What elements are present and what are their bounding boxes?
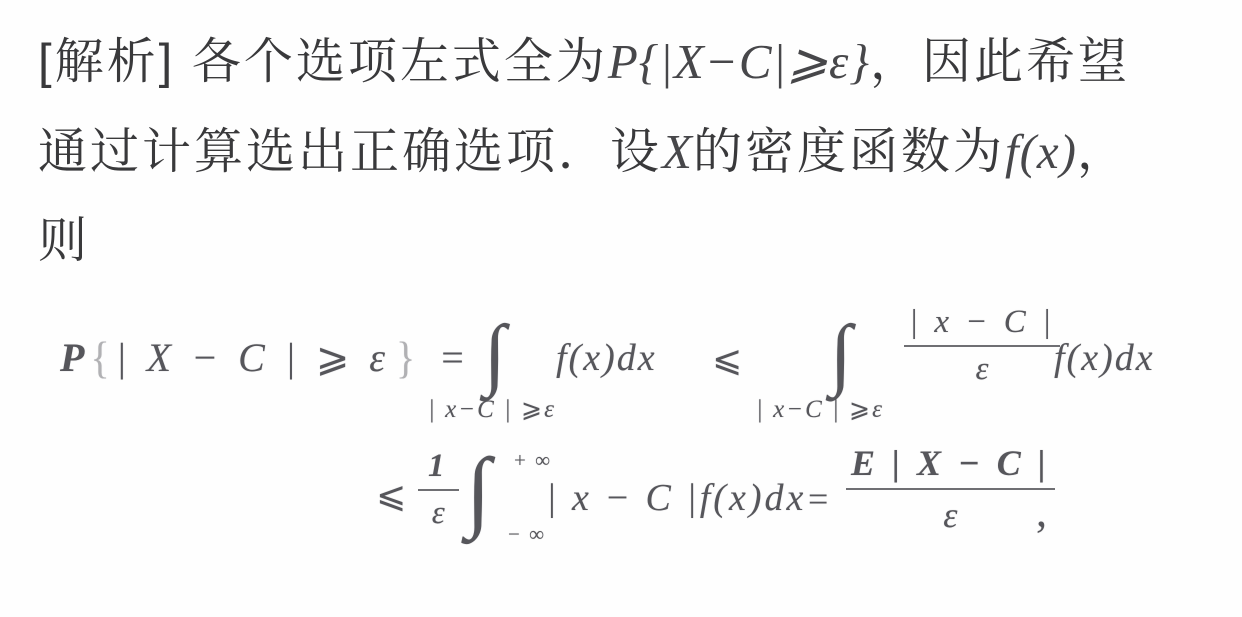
integrand-2: f(x)dx — [1054, 336, 1155, 380]
fraction-1-numerator: | x − C | — [904, 304, 1060, 347]
equals-sign-1: = — [441, 334, 464, 381]
integral-sign-1: ∫ — [484, 314, 506, 394]
symbol-P: P — [60, 334, 84, 381]
equals-sign-2: = — [808, 478, 828, 520]
trailing-comma: , — [1036, 486, 1047, 537]
display-formula: P { | X − C | ⩾ ε } = ∫ | x−C | ⩾ε f(x)d… — [0, 0, 1242, 617]
right-brace: } — [396, 331, 415, 384]
scanned-solution-page: [解析] 各个选项左式全为P{|X−C|⩾ε}，因此希望 通过计算选出正确选项．… — [0, 0, 1242, 617]
integral-3-upper-limit: + ∞ — [514, 448, 552, 473]
fraction-2-denominator: ε — [418, 491, 459, 532]
integrand-1: f(x)dx — [556, 336, 657, 380]
fraction-abs-x-minus-c-over-epsilon: | x − C | ε — [904, 304, 1060, 388]
integral-sign-2: ∫ — [830, 314, 852, 394]
lhs-event-body: | X − C | ⩾ ε — [116, 334, 390, 381]
fraction-2-numerator: 1 — [418, 448, 459, 491]
fraction-3-denominator: ε — [846, 490, 1055, 536]
integral-sign-3: ∫ — [466, 446, 491, 536]
leq-sign-1: ⩽ — [712, 338, 742, 380]
leq-sign-2: ⩽ — [376, 474, 406, 516]
fraction-3-numerator: E | X − C | — [846, 442, 1055, 490]
integral-1-domain-subscript: | x−C | ⩾ε — [428, 394, 556, 424]
integrand-3: | x − C |f(x)dx — [546, 476, 806, 520]
fraction-expectation-over-epsilon: E | X − C | ε — [846, 442, 1055, 536]
integral-2-domain-subscript: | x−C | ⩾ε — [756, 394, 884, 424]
fraction-1-denominator: ε — [904, 347, 1060, 388]
integral-3-lower-limit: − ∞ — [508, 522, 546, 547]
fraction-one-over-epsilon: 1 ε — [418, 448, 459, 532]
formula-lhs: P { | X − C | ⩾ ε } = — [60, 334, 464, 381]
left-brace: { — [90, 331, 109, 384]
